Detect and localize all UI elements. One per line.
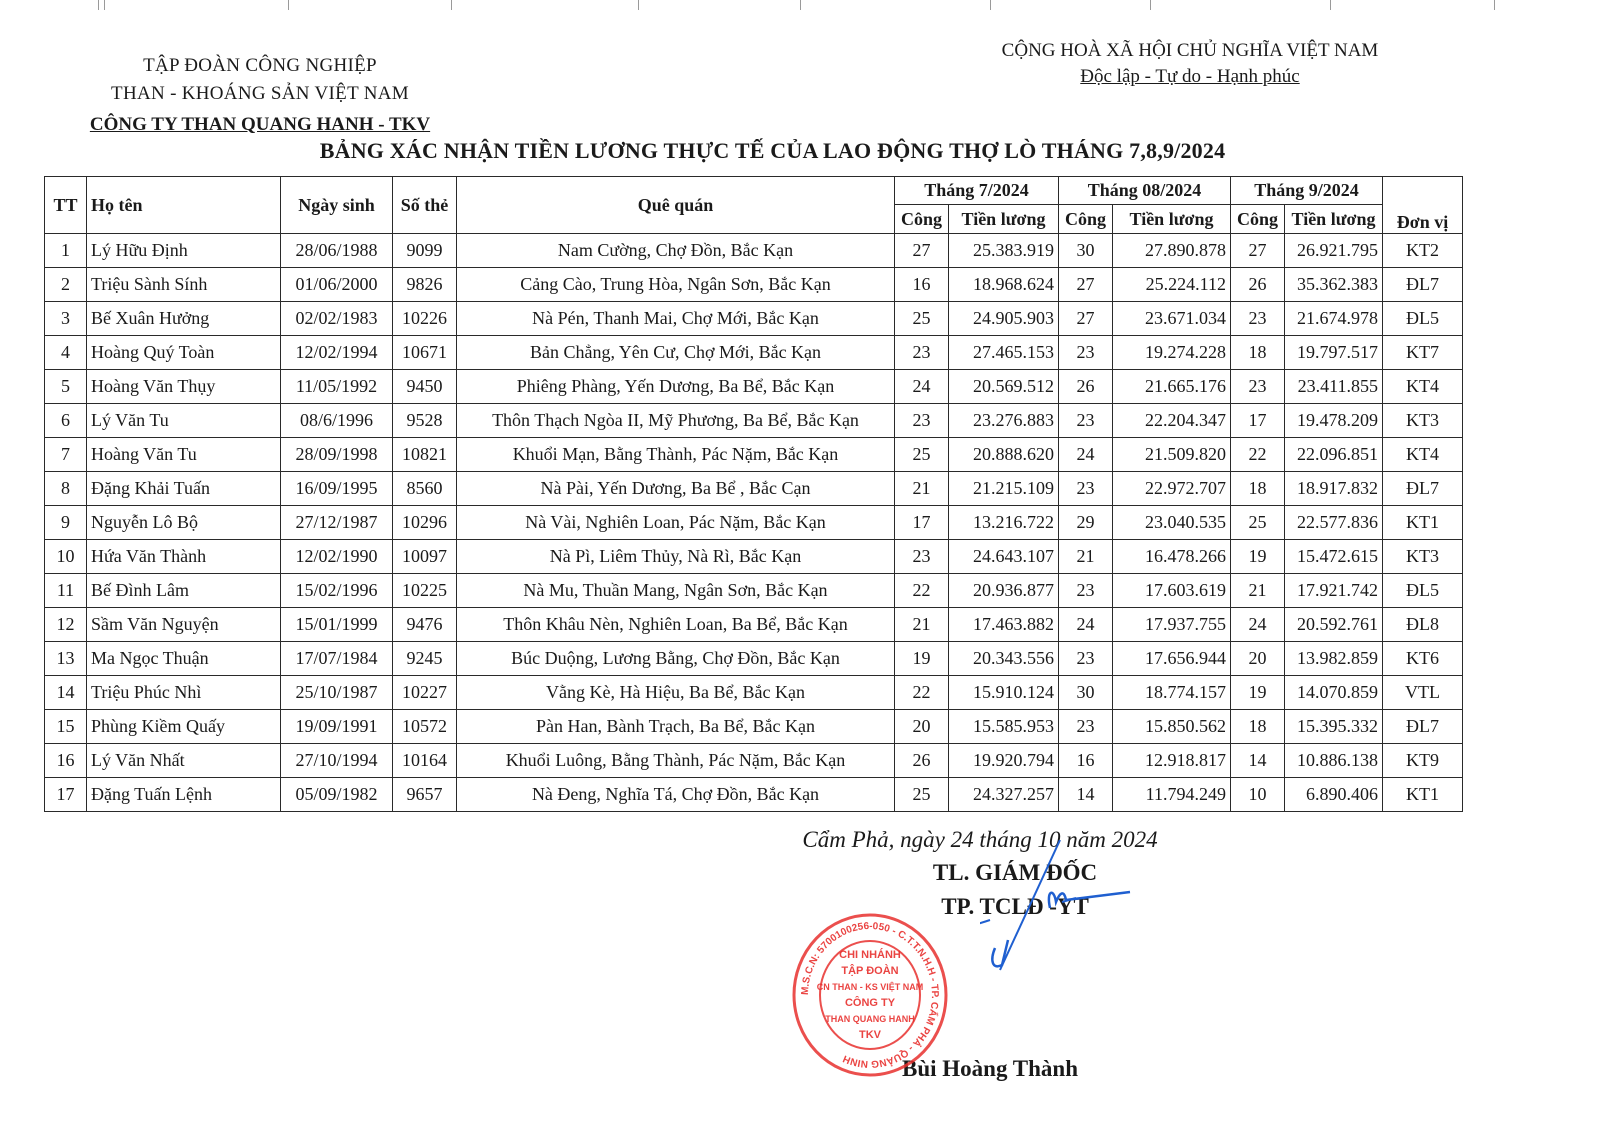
- cell-salary-9: 35.362.383: [1285, 268, 1383, 302]
- cell-hometown: Thôn Thạch Ngòa II, Mỹ Phương, Ba Bể, Bắ…: [457, 404, 895, 438]
- cell-dob: 05/09/1982: [281, 778, 393, 812]
- table-row: 13Ma Ngọc Thuận17/07/19849245Búc Duộng, …: [45, 642, 1463, 676]
- cell-dob: 27/12/1987: [281, 506, 393, 540]
- cell-unit: ĐL7: [1383, 268, 1463, 302]
- table-row: 1Lý Hữu Định28/06/19889099Nam Cường, Chợ…: [45, 234, 1463, 268]
- cell-hometown: Nà Pài, Yến Dương, Ba Bể , Bắc Cạn: [457, 472, 895, 506]
- cell-cong-8: 23: [1059, 472, 1113, 506]
- cell-card: 10225: [393, 574, 457, 608]
- cell-cong-7: 19: [895, 642, 949, 676]
- cell-salary-7: 20.936.877: [949, 574, 1059, 608]
- cell-cong-7: 23: [895, 404, 949, 438]
- svg-text:TẬP ĐOÀN: TẬP ĐOÀN: [841, 964, 898, 977]
- table-row: 9Nguyễn Lô Bộ27/12/198710296Nà Vài, Nghi…: [45, 506, 1463, 540]
- cell-salary-7: 24.643.107: [949, 540, 1059, 574]
- cell-unit: KT3: [1383, 540, 1463, 574]
- cell-cong-8: 26: [1059, 370, 1113, 404]
- cell-dob: 28/09/1998: [281, 438, 393, 472]
- cell-cong-7: 23: [895, 540, 949, 574]
- table-row: 11Bế Đình Lâm15/02/199610225Nà Mu, Thuần…: [45, 574, 1463, 608]
- cell-cong-9: 22: [1231, 438, 1285, 472]
- cell-tt: 10: [45, 540, 87, 574]
- svg-text:THAN QUANG HANH: THAN QUANG HANH: [825, 1014, 915, 1024]
- col-header-tt: TT: [45, 177, 87, 234]
- cell-salary-9: 15.395.332: [1285, 710, 1383, 744]
- cell-hometown: Nà Pén, Thanh Mai, Chợ Mới, Bắc Kạn: [457, 302, 895, 336]
- cell-salary-8: 21.509.820: [1113, 438, 1231, 472]
- cell-salary-8: 27.890.878: [1113, 234, 1231, 268]
- cell-cong-7: 17: [895, 506, 949, 540]
- cell-salary-9: 14.070.859: [1285, 676, 1383, 710]
- cell-name: Sầm Văn Nguyện: [87, 608, 281, 642]
- cell-hometown: Nà Vài, Nghiên Loan, Pác Nặm, Bắc Kạn: [457, 506, 895, 540]
- cell-tt: 13: [45, 642, 87, 676]
- cell-card: 9450: [393, 370, 457, 404]
- cell-salary-7: 13.216.722: [949, 506, 1059, 540]
- cell-name: Bế Xuân Hưởng: [87, 302, 281, 336]
- cell-tt: 6: [45, 404, 87, 438]
- cell-dob: 27/10/1994: [281, 744, 393, 778]
- cell-salary-9: 18.917.832: [1285, 472, 1383, 506]
- cell-card: 8560: [393, 472, 457, 506]
- svg-text:CN THAN - KS VIỆT NAM: CN THAN - KS VIỆT NAM: [817, 981, 924, 992]
- cell-cong-9: 21: [1231, 574, 1285, 608]
- cell-unit: ĐL5: [1383, 302, 1463, 336]
- cell-name: Hoàng Văn Tu: [87, 438, 281, 472]
- cell-cong-8: 23: [1059, 710, 1113, 744]
- cell-salary-9: 22.577.836: [1285, 506, 1383, 540]
- cell-cong-9: 20: [1231, 642, 1285, 676]
- cell-salary-7: 25.383.919: [949, 234, 1059, 268]
- cell-salary-7: 20.888.620: [949, 438, 1059, 472]
- cell-cong-9: 23: [1231, 302, 1285, 336]
- cell-salary-9: 17.921.742: [1285, 574, 1383, 608]
- col-header-card: Số thẻ: [393, 177, 457, 234]
- cell-cong-9: 27: [1231, 234, 1285, 268]
- cell-cong-7: 24: [895, 370, 949, 404]
- svg-text:TKV: TKV: [859, 1029, 882, 1041]
- cell-hometown: Búc Duộng, Lương Bằng, Chợ Đồn, Bắc Kạn: [457, 642, 895, 676]
- cell-salary-9: 20.592.761: [1285, 608, 1383, 642]
- cell-salary-8: 16.478.266: [1113, 540, 1231, 574]
- cell-cong-8: 16: [1059, 744, 1113, 778]
- cell-cong-9: 18: [1231, 710, 1285, 744]
- nation-motto: Độc lập - Tự do - Hạnh phúc: [960, 64, 1420, 90]
- cell-cong-9: 18: [1231, 472, 1285, 506]
- table-row: 8Đặng Khải Tuấn16/09/19958560Nà Pài, Yến…: [45, 472, 1463, 506]
- cell-tt: 12: [45, 608, 87, 642]
- cell-cong-7: 16: [895, 268, 949, 302]
- cell-name: Hoàng Quý Toàn: [87, 336, 281, 370]
- cell-card: 10671: [393, 336, 457, 370]
- cell-name: Hoàng Văn Thụy: [87, 370, 281, 404]
- cell-cong-8: 30: [1059, 234, 1113, 268]
- cell-cong-9: 17: [1231, 404, 1285, 438]
- cell-unit: KT1: [1383, 778, 1463, 812]
- col-header-hometown: Quê quán: [457, 177, 895, 234]
- cell-cong-9: 19: [1231, 676, 1285, 710]
- cell-cong-8: 30: [1059, 676, 1113, 710]
- cell-card: 10097: [393, 540, 457, 574]
- cell-hometown: Khuổi Mạn, Bằng Thành, Pác Nặm, Bắc Kạn: [457, 438, 895, 472]
- cell-salary-8: 15.850.562: [1113, 710, 1231, 744]
- cell-cong-9: 18: [1231, 336, 1285, 370]
- cell-hometown: Phiêng Phàng, Yến Dương, Ba Bể, Bắc Kạn: [457, 370, 895, 404]
- cell-tt: 4: [45, 336, 87, 370]
- cell-cong-7: 22: [895, 676, 949, 710]
- cell-salary-7: 24.327.257: [949, 778, 1059, 812]
- cell-cong-7: 21: [895, 472, 949, 506]
- cell-card: 9099: [393, 234, 457, 268]
- cell-salary-8: 17.656.944: [1113, 642, 1231, 676]
- cell-hometown: Khuổi Luông, Bằng Thành, Pác Nặm, Bắc Kạ…: [457, 744, 895, 778]
- table-body: 1Lý Hữu Định28/06/19889099Nam Cường, Chợ…: [45, 234, 1463, 812]
- cell-dob: 28/06/1988: [281, 234, 393, 268]
- cell-cong-8: 29: [1059, 506, 1113, 540]
- cell-dob: 19/09/1991: [281, 710, 393, 744]
- cell-cong-8: 23: [1059, 336, 1113, 370]
- cell-cong-9: 25: [1231, 506, 1285, 540]
- cell-salary-7: 20.343.556: [949, 642, 1059, 676]
- organization-header: TẬP ĐOÀN CÔNG NGHIỆP THAN - KHOÁNG SẢN V…: [80, 52, 440, 140]
- cell-unit: KT3: [1383, 404, 1463, 438]
- cell-salary-8: 22.972.707: [1113, 472, 1231, 506]
- cell-name: Đặng Khải Tuấn: [87, 472, 281, 506]
- cell-salary-8: 23.040.535: [1113, 506, 1231, 540]
- cell-unit: ĐL8: [1383, 608, 1463, 642]
- cell-tt: 7: [45, 438, 87, 472]
- cell-tt: 5: [45, 370, 87, 404]
- cell-salary-7: 15.910.124: [949, 676, 1059, 710]
- cell-dob: 12/02/1990: [281, 540, 393, 574]
- cell-card: 9528: [393, 404, 457, 438]
- col-header-cong-9: Công: [1231, 205, 1285, 234]
- cell-cong-7: 21: [895, 608, 949, 642]
- table-row: 3Bế Xuân Hưởng02/02/198310226Nà Pén, Tha…: [45, 302, 1463, 336]
- cell-salary-9: 10.886.138: [1285, 744, 1383, 778]
- cell-salary-8: 17.937.755: [1113, 608, 1231, 642]
- table-row: 12Sầm Văn Nguyện15/01/19999476Thôn Khâu …: [45, 608, 1463, 642]
- table-row: 4Hoàng Quý Toàn12/02/199410671Bản Chẳng,…: [45, 336, 1463, 370]
- col-header-month-7: Tháng 7/2024: [895, 177, 1059, 205]
- cell-unit: KT7: [1383, 336, 1463, 370]
- cell-salary-7: 20.569.512: [949, 370, 1059, 404]
- cell-salary-8: 18.774.157: [1113, 676, 1231, 710]
- svg-text:CÔNG TY: CÔNG TY: [845, 996, 896, 1009]
- cell-hometown: Pàn Han, Bành Trạch, Ba Bể, Bắc Kạn: [457, 710, 895, 744]
- cell-cong-8: 23: [1059, 404, 1113, 438]
- cell-salary-8: 17.603.619: [1113, 574, 1231, 608]
- company-seal-icon: M.S.C.N: 5700100256-050 - C.T.T.N.H.H - …: [790, 910, 950, 1080]
- cell-dob: 08/6/1996: [281, 404, 393, 438]
- cell-cong-8: 24: [1059, 608, 1113, 642]
- cell-salary-9: 13.982.859: [1285, 642, 1383, 676]
- cell-name: Lý Văn Nhất: [87, 744, 281, 778]
- cell-name: Lý Văn Tu: [87, 404, 281, 438]
- svg-text:CHI NHÁNH: CHI NHÁNH: [839, 948, 901, 961]
- cell-cong-7: 25: [895, 302, 949, 336]
- cell-salary-8: 23.671.034: [1113, 302, 1231, 336]
- cell-tt: 17: [45, 778, 87, 812]
- cell-salary-9: 23.411.855: [1285, 370, 1383, 404]
- cell-cong-9: 19: [1231, 540, 1285, 574]
- cell-salary-8: 11.794.249: [1113, 778, 1231, 812]
- cell-cong-9: 24: [1231, 608, 1285, 642]
- table-row: 16Lý Văn Nhất27/10/199410164Khuổi Luông,…: [45, 744, 1463, 778]
- cell-salary-7: 17.463.882: [949, 608, 1059, 642]
- col-header-salary-8: Tiền lương: [1113, 205, 1231, 234]
- cell-tt: 11: [45, 574, 87, 608]
- company-name: CÔNG TY THAN QUANG HANH - TKV: [80, 110, 440, 140]
- cell-cong-7: 20: [895, 710, 949, 744]
- cell-card: 9657: [393, 778, 457, 812]
- cell-cong-9: 14: [1231, 744, 1285, 778]
- cell-tt: 9: [45, 506, 87, 540]
- cell-dob: 02/02/1983: [281, 302, 393, 336]
- org-group-name-2: THAN - KHOÁNG SẢN VIỆT NAM: [80, 80, 440, 108]
- cell-hometown: Nam Cường, Chợ Đồn, Bắc Kạn: [457, 234, 895, 268]
- cell-card: 10572: [393, 710, 457, 744]
- cell-unit: KT2: [1383, 234, 1463, 268]
- cell-tt: 8: [45, 472, 87, 506]
- table-row: 5Hoàng Văn Thụy11/05/19929450Phiêng Phàn…: [45, 370, 1463, 404]
- table-row: 7Hoàng Văn Tu28/09/199810821Khuổi Mạn, B…: [45, 438, 1463, 472]
- cell-dob: 15/02/1996: [281, 574, 393, 608]
- col-header-cong-7: Công: [895, 205, 949, 234]
- cell-salary-8: 25.224.112: [1113, 268, 1231, 302]
- cell-salary-9: 19.797.517: [1285, 336, 1383, 370]
- col-header-month-9: Tháng 9/2024: [1231, 177, 1383, 205]
- cell-salary-9: 22.096.851: [1285, 438, 1383, 472]
- cell-dob: 01/06/2000: [281, 268, 393, 302]
- cell-tt: 1: [45, 234, 87, 268]
- table-row: 10Hứa Văn Thành12/02/199010097Nà Pì, Liê…: [45, 540, 1463, 574]
- cell-salary-7: 15.585.953: [949, 710, 1059, 744]
- cell-hometown: Bản Chẳng, Yên Cư, Chợ Mới, Bắc Kạn: [457, 336, 895, 370]
- cell-tt: 14: [45, 676, 87, 710]
- cell-card: 9245: [393, 642, 457, 676]
- cell-unit: ĐL7: [1383, 710, 1463, 744]
- cell-name: Triệu Sành Sính: [87, 268, 281, 302]
- cell-dob: 17/07/1984: [281, 642, 393, 676]
- cell-cong-9: 10: [1231, 778, 1285, 812]
- cell-cong-7: 27: [895, 234, 949, 268]
- cell-salary-8: 21.665.176: [1113, 370, 1231, 404]
- cell-cong-8: 23: [1059, 574, 1113, 608]
- table-row: 2Triệu Sành Sính01/06/20009826Cảng Cào, …: [45, 268, 1463, 302]
- cell-cong-8: 14: [1059, 778, 1113, 812]
- table-row: 17Đặng Tuấn Lệnh05/09/19829657Nà Đeng, N…: [45, 778, 1463, 812]
- cell-salary-8: 22.204.347: [1113, 404, 1231, 438]
- cell-dob: 12/02/1994: [281, 336, 393, 370]
- cell-cong-8: 23: [1059, 642, 1113, 676]
- col-header-dob: Ngày sinh: [281, 177, 393, 234]
- cell-hometown: Nà Đeng, Nghĩa Tá, Chợ Đồn, Bắc Kạn: [457, 778, 895, 812]
- cell-salary-9: 26.921.795: [1285, 234, 1383, 268]
- table-row: 6Lý Văn Tu08/6/19969528Thôn Thạch Ngòa I…: [45, 404, 1463, 438]
- cell-name: Phùng Kiềm Quấy: [87, 710, 281, 744]
- cell-name: Hứa Văn Thành: [87, 540, 281, 574]
- col-header-cong-8: Công: [1059, 205, 1113, 234]
- cell-cong-9: 26: [1231, 268, 1285, 302]
- cell-name: Bế Đình Lâm: [87, 574, 281, 608]
- cell-unit: KT4: [1383, 370, 1463, 404]
- cell-salary-7: 18.968.624: [949, 268, 1059, 302]
- cell-cong-8: 27: [1059, 302, 1113, 336]
- org-group-name: TẬP ĐOÀN CÔNG NGHIỆP: [80, 52, 440, 80]
- cell-name: Đặng Tuấn Lệnh: [87, 778, 281, 812]
- cell-cong-7: 26: [895, 744, 949, 778]
- table-row: 15Phùng Kiềm Quấy19/09/199110572Pàn Han,…: [45, 710, 1463, 744]
- cell-salary-8: 12.918.817: [1113, 744, 1231, 778]
- cell-card: 10227: [393, 676, 457, 710]
- cell-dob: 25/10/1987: [281, 676, 393, 710]
- cell-salary-8: 19.274.228: [1113, 336, 1231, 370]
- cell-salary-9: 6.890.406: [1285, 778, 1383, 812]
- cell-unit: ĐL5: [1383, 574, 1463, 608]
- table-row: 14Triệu Phúc Nhì25/10/198710227Vằng Kè, …: [45, 676, 1463, 710]
- cell-card: 9476: [393, 608, 457, 642]
- cell-cong-9: 23: [1231, 370, 1285, 404]
- document-title: BẢNG XÁC NHẬN TIỀN LƯƠNG THỰC TẾ CỦA LAO…: [0, 138, 1545, 164]
- cell-unit: KT1: [1383, 506, 1463, 540]
- cell-name: Nguyễn Lô Bộ: [87, 506, 281, 540]
- cell-name: Triệu Phúc Nhì: [87, 676, 281, 710]
- national-header: CỘNG HOÀ XÃ HỘI CHỦ NGHĨA VIỆT NAM Độc l…: [960, 38, 1420, 90]
- cell-cong-7: 25: [895, 778, 949, 812]
- cell-salary-7: 23.276.883: [949, 404, 1059, 438]
- cell-salary-7: 21.215.109: [949, 472, 1059, 506]
- col-header-unit: Đơn vị: [1383, 177, 1463, 234]
- cell-hometown: Vằng Kè, Hà Hiệu, Ba Bể, Bắc Kạn: [457, 676, 895, 710]
- cell-hometown: Cảng Cào, Trung Hòa, Ngân Sơn, Bắc Kạn: [457, 268, 895, 302]
- cell-cong-7: 22: [895, 574, 949, 608]
- cell-cong-8: 27: [1059, 268, 1113, 302]
- cell-name: Lý Hữu Định: [87, 234, 281, 268]
- cell-unit: KT6: [1383, 642, 1463, 676]
- cell-card: 10296: [393, 506, 457, 540]
- cell-unit: ĐL7: [1383, 472, 1463, 506]
- cell-unit: KT4: [1383, 438, 1463, 472]
- nation-name: CỘNG HOÀ XÃ HỘI CHỦ NGHĨA VIỆT NAM: [960, 38, 1420, 64]
- cell-cong-7: 25: [895, 438, 949, 472]
- cell-salary-9: 15.472.615: [1285, 540, 1383, 574]
- salary-table: TT Họ tên Ngày sinh Số thẻ Quê quán Thán…: [44, 176, 1463, 812]
- cell-cong-8: 21: [1059, 540, 1113, 574]
- cell-card: 10226: [393, 302, 457, 336]
- scan-artifacts: [0, 0, 1600, 14]
- cell-cong-7: 23: [895, 336, 949, 370]
- cell-name: Ma Ngọc Thuận: [87, 642, 281, 676]
- cell-tt: 2: [45, 268, 87, 302]
- cell-tt: 16: [45, 744, 87, 778]
- cell-salary-9: 19.478.209: [1285, 404, 1383, 438]
- cell-unit: KT9: [1383, 744, 1463, 778]
- col-header-month-8: Tháng 08/2024: [1059, 177, 1231, 205]
- cell-cong-8: 24: [1059, 438, 1113, 472]
- cell-tt: 15: [45, 710, 87, 744]
- cell-card: 10821: [393, 438, 457, 472]
- cell-hometown: Nà Pì, Liêm Thủy, Nà Rì, Bắc Kạn: [457, 540, 895, 574]
- cell-card: 9826: [393, 268, 457, 302]
- cell-dob: 11/05/1992: [281, 370, 393, 404]
- cell-tt: 3: [45, 302, 87, 336]
- cell-unit: VTL: [1383, 676, 1463, 710]
- cell-salary-7: 24.905.903: [949, 302, 1059, 336]
- cell-hometown: Thôn Khâu Nèn, Nghiên Loan, Ba Bể, Bắc K…: [457, 608, 895, 642]
- cell-card: 10164: [393, 744, 457, 778]
- cell-salary-7: 19.920.794: [949, 744, 1059, 778]
- cell-salary-7: 27.465.153: [949, 336, 1059, 370]
- cell-hometown: Nà Mu, Thuần Mang, Ngân Sơn, Bắc Kạn: [457, 574, 895, 608]
- cell-dob: 16/09/1995: [281, 472, 393, 506]
- col-header-name: Họ tên: [87, 177, 281, 234]
- col-header-salary-9: Tiền lương: [1285, 205, 1383, 234]
- handwritten-signature-icon: [980, 840, 1150, 990]
- cell-salary-9: 21.674.978: [1285, 302, 1383, 336]
- cell-dob: 15/01/1999: [281, 608, 393, 642]
- col-header-salary-7: Tiền lương: [949, 205, 1059, 234]
